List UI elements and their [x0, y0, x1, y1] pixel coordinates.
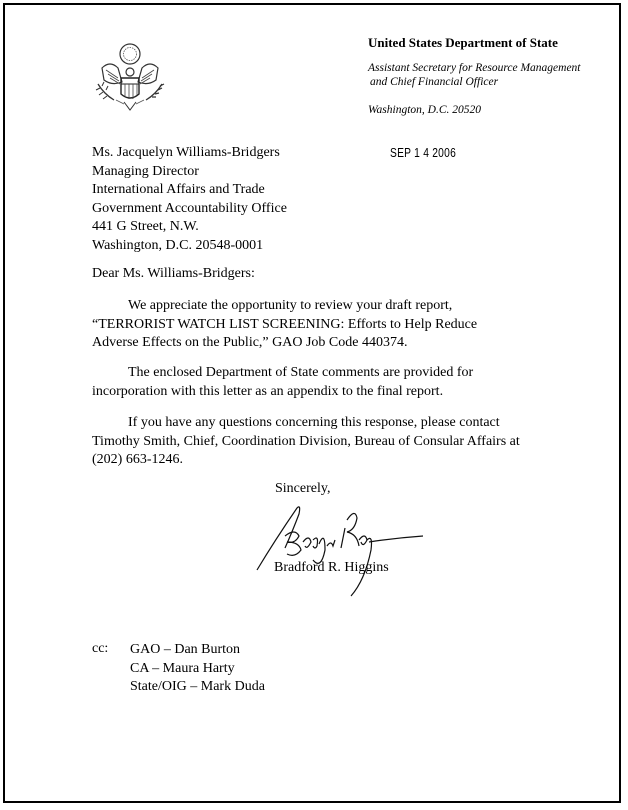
great-seal-eagle-icon	[88, 38, 172, 118]
recipient-organization: Government Accountability Office	[92, 200, 287, 219]
date-stamp: SEP 1 4 2006	[390, 146, 456, 160]
paragraph-line: “TERRORIST WATCH LIST SCREENING: Efforts…	[92, 316, 477, 335]
body-paragraph-3: If you have any questions concerning thi…	[92, 414, 520, 470]
recipient-address: Ms. Jacquelyn Williams-Bridgers Managing…	[92, 144, 287, 256]
page-border	[3, 3, 621, 803]
recipient-name: Ms. Jacquelyn Williams-Bridgers	[92, 144, 287, 163]
paragraph-line: incorporation with this letter as an app…	[92, 383, 473, 402]
office-line-1: Assistant Secretary for Resource Managem…	[368, 61, 581, 75]
cc-recipient: GAO – Dan Burton	[130, 641, 265, 660]
paragraph-line: The enclosed Department of State comment…	[92, 364, 473, 383]
paragraph-line: Timothy Smith, Chief, Coordination Divis…	[92, 433, 520, 452]
recipient-division: International Affairs and Trade	[92, 181, 287, 200]
paragraph-line: Adverse Effects on the Public,” GAO Job …	[92, 334, 477, 353]
closing: Sincerely,	[275, 481, 330, 497]
paragraph-line: If you have any questions concerning thi…	[92, 414, 520, 433]
cc-label: cc:	[92, 641, 108, 657]
salutation: Dear Ms. Williams-Bridgers:	[92, 266, 255, 282]
office-title: Assistant Secretary for Resource Managem…	[368, 61, 581, 89]
paragraph-line: (202) 663-1246.	[92, 451, 520, 470]
office-line-2: and Chief Financial Officer	[368, 75, 581, 89]
recipient-city: Washington, D.C. 20548-0001	[92, 237, 287, 256]
recipient-title: Managing Director	[92, 163, 287, 182]
recipient-street: 441 G Street, N.W.	[92, 218, 287, 237]
handwritten-signature-icon	[255, 500, 425, 600]
cc-recipient: State/OIG – Mark Duda	[130, 678, 265, 697]
body-paragraph-1: We appreciate the opportunity to review …	[92, 297, 477, 353]
signer-name: Bradford R. Higgins	[274, 560, 389, 576]
body-paragraph-2: The enclosed Department of State comment…	[92, 364, 473, 401]
letterhead-city: Washington, D.C. 20520	[368, 104, 481, 116]
paragraph-line: We appreciate the opportunity to review …	[92, 297, 477, 316]
cc-recipients: GAO – Dan Burton CA – Maura Harty State/…	[130, 641, 265, 697]
department-name: United States Department of State	[368, 35, 558, 51]
cc-recipient: CA – Maura Harty	[130, 660, 265, 679]
